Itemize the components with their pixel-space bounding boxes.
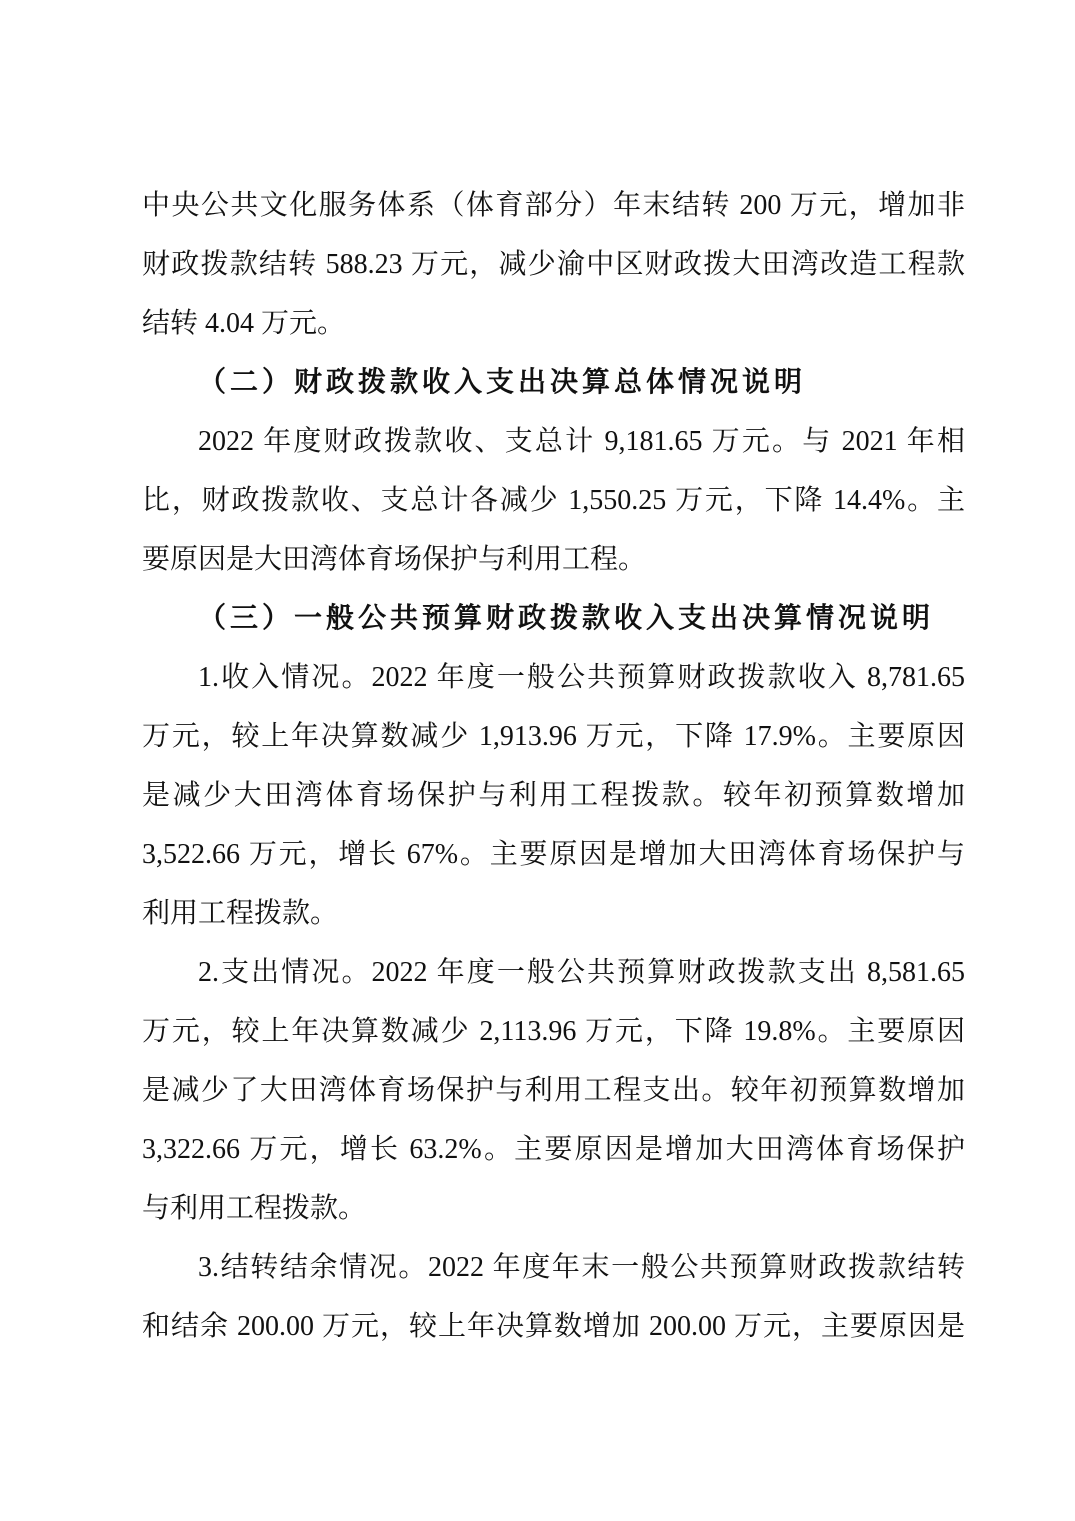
text-line: 和结余 200.00 万元，较上年决算数增加 200.00 万元，主要原因是 xyxy=(142,1297,965,1356)
text-line: 是减少了大田湾体育场保护与利用工程支出。较年初预算数增加 xyxy=(142,1061,965,1120)
text-line: 财政拨款结转 588.23 万元，减少渝中区财政拨大田湾改造工程款 xyxy=(142,235,965,294)
text-line: 3.结转结余情况。2022 年度年末一般公共预算财政拨款结转 xyxy=(142,1238,965,1297)
text-line: 2022 年度财政拨款收、支总计 9,181.65 万元。与 2021 年相 xyxy=(142,412,965,471)
section-heading: （三）一般公共预算财政拨款收入支出决算情况说明 xyxy=(142,589,965,648)
text-line: 比，财政拨款收、支总计各减少 1,550.25 万元，下降 14.4%。主 xyxy=(142,471,965,530)
text-line: 结转 4.04 万元。 xyxy=(142,294,965,353)
text-line: 利用工程拨款。 xyxy=(142,884,965,943)
text-line: 3,322.66 万元，增长 63.2%。主要原因是增加大田湾体育场保护 xyxy=(142,1120,965,1179)
section-heading: （二）财政拨款收入支出决算总体情况说明 xyxy=(142,353,965,412)
text-line: 与利用工程拨款。 xyxy=(142,1179,965,1238)
text-line: 2.支出情况。2022 年度一般公共预算财政拨款支出 8,581.65 xyxy=(142,943,965,1002)
text-line: 是减少大田湾体育场保护与利用工程拨款。较年初预算数增加 xyxy=(142,766,965,825)
text-line: 要原因是大田湾体育场保护与利用工程。 xyxy=(142,530,965,589)
text-line: 中央公共文化服务体系（体育部分）年末结转 200 万元，增加非 xyxy=(142,176,965,235)
page-body-text: 中央公共文化服务体系（体育部分）年末结转 200 万元，增加非财政拨款结转 58… xyxy=(142,176,965,1356)
text-line: 3,522.66 万元，增长 67%。主要原因是增加大田湾体育场保护与 xyxy=(142,825,965,884)
text-line: 万元，较上年决算数减少 1,913.96 万元，下降 17.9%。主要原因 xyxy=(142,707,965,766)
text-line: 1.收入情况。2022 年度一般公共预算财政拨款收入 8,781.65 xyxy=(142,648,965,707)
text-line: 万元，较上年决算数减少 2,113.96 万元，下降 19.8%。主要原因 xyxy=(142,1002,965,1061)
document-page: 中央公共文化服务体系（体育部分）年末结转 200 万元，增加非财政拨款结转 58… xyxy=(0,0,1075,1521)
